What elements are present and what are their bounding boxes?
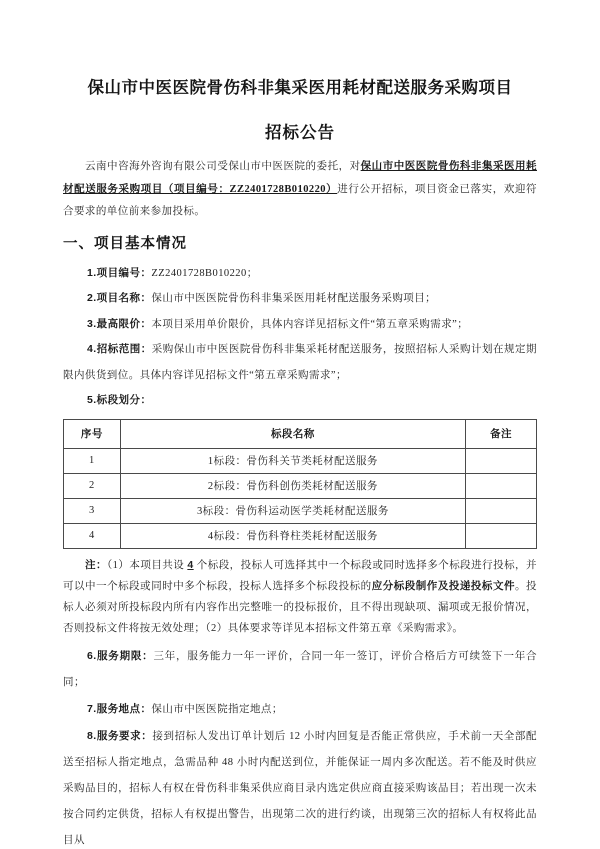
item-service-term: 6.服务期限：三年，服务能力一年一评价，合同一年一签订，评价合格后方可续签下一年… — [63, 643, 537, 696]
item-service-location: 7.服务地点：保山市中医医院指定地点； — [63, 696, 537, 723]
note-part1: （1）本项目共设 — [107, 560, 187, 571]
item-price-cap: 3.最高限价：本项目采用单价限价，具体内容详见招标文件“第五章采购需求”； — [63, 312, 537, 338]
lot-row-4-no: 4 — [64, 523, 121, 548]
section-heading-basic-info: 一、项目基本情况 — [63, 233, 537, 255]
intro-paragraph: 云南中咨海外咨询有限公司受保山市中医医院的委托，对保山市中医医院骨伤科非集采医用… — [63, 156, 537, 224]
lot-row-2-note — [466, 473, 537, 498]
lot-row-2-name: 2标段：骨伤科创伤类耗材配送服务 — [120, 473, 465, 498]
item-service-requirements-label: 8.服务要求： — [87, 730, 152, 742]
numbered-items-tail: 6.服务期限：三年，服务能力一年一评价，合同一年一签订，评价合格后方可续签下一年… — [63, 643, 537, 849]
lot-row-1-note — [466, 448, 537, 473]
item-project-name-value: 保山市中医医院骨伤科非集采医用耗材配送服务采购项目； — [151, 293, 436, 304]
item-project-number: 1.项目编号：ZZ2401728B010220； — [63, 261, 537, 287]
lot-row-1-no: 1 — [64, 448, 121, 473]
item-lot-division-label: 5.标段划分： — [87, 394, 151, 406]
note-label: 注： — [85, 559, 107, 571]
item-service-requirements: 8.服务要求：接到招标人发出订单计划后 12 小时内回复是否能正常供应，手术前一… — [63, 723, 537, 849]
table-row: 4 4标段：骨伤科脊柱类耗材配送服务 — [64, 523, 537, 548]
item-service-requirements-value: 接到招标人发出订单计划后 12 小时内回复是否能正常供应，手术前一天全部配送至招… — [63, 731, 537, 846]
lot-table-header-note: 备注 — [466, 419, 537, 448]
item-lot-division: 5.标段划分： — [63, 388, 537, 414]
item-service-term-label: 6.服务期限： — [87, 650, 153, 662]
item-project-number-value: ZZ2401728B010220； — [151, 268, 257, 279]
note-paragraph: 注：（1）本项目共设 4 个标段，投标人可选择其中一个标段或同时选择多个标段进行… — [63, 555, 537, 639]
lot-row-3-name: 3标段：骨伤科运动医学类耗材配送服务 — [120, 498, 465, 523]
numbered-items: 1.项目编号：ZZ2401728B010220； 2.项目名称：保山市中医医院骨… — [63, 261, 537, 414]
lot-row-4-note — [466, 523, 537, 548]
page-title: 保山市中医医院骨伤科非集采医用耗材配送服务采购项目 — [63, 76, 537, 100]
intro-prefix: 云南中咨海外咨询有限公司受保山市中医医院的委托，对 — [85, 161, 361, 172]
item-bid-scope-label: 4.招标范围： — [87, 343, 152, 355]
table-row: 1 1标段：骨伤科关节类耗材配送服务 — [64, 448, 537, 473]
lot-table-header-name: 标段名称 — [120, 419, 465, 448]
doc-subtitle: 招标公告 — [63, 121, 537, 145]
lot-row-4-name: 4标段：骨伤科脊柱类耗材配送服务 — [120, 523, 465, 548]
note-bold-requirement: 应分标段制作及投递投标文件 — [372, 580, 515, 592]
lot-row-3-no: 3 — [64, 498, 121, 523]
item-price-cap-value: 本项目采用单价限价，具体内容详见招标文件“第五章采购需求”； — [151, 319, 468, 330]
item-project-number-label: 1.项目编号： — [87, 267, 151, 279]
lot-row-3-note — [466, 498, 537, 523]
item-project-name: 2.项目名称：保山市中医医院骨伤科非集采医用耗材配送服务采购项目； — [63, 286, 537, 312]
item-price-cap-label: 3.最高限价： — [87, 318, 151, 330]
table-row: 2 2标段：骨伤科创伤类耗材配送服务 — [64, 473, 537, 498]
item-service-location-value: 保山市中医医院指定地点； — [151, 704, 282, 715]
lot-table-header-no: 序号 — [64, 419, 121, 448]
document-page: 保山市中医医院骨伤科非集采医用耗材配送服务采购项目 招标公告 云南中咨海外咨询有… — [0, 0, 600, 849]
lot-table: 序号 标段名称 备注 1 1标段：骨伤科关节类耗材配送服务 2 2标段：骨伤科创… — [63, 419, 537, 549]
item-project-name-label: 2.项目名称： — [87, 292, 151, 304]
item-bid-scope: 4.招标范围：采购保山市中医医院骨伤科非集采耗材配送服务，按照招标人采购计划在规… — [63, 337, 537, 388]
item-service-location-label: 7.服务地点： — [87, 703, 151, 715]
lot-row-2-no: 2 — [64, 473, 121, 498]
lot-row-1-name: 1标段：骨伤科关节类耗材配送服务 — [120, 448, 465, 473]
lot-table-header-row: 序号 标段名称 备注 — [64, 419, 537, 448]
table-row: 3 3标段：骨伤科运动医学类耗材配送服务 — [64, 498, 537, 523]
